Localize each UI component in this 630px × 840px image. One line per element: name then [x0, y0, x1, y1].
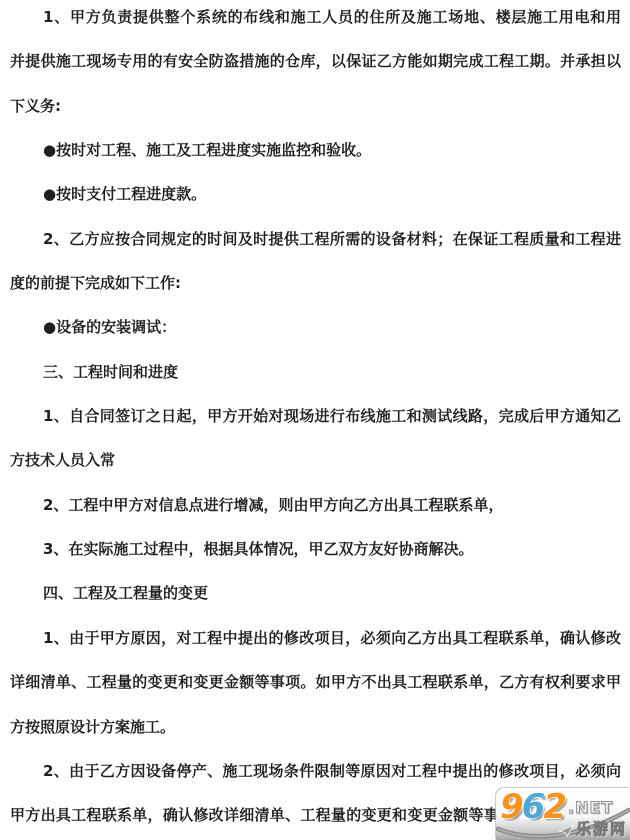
- bullet-item: ●按时对工程、施工及工程进度实施监控和验收。: [0, 128, 630, 172]
- paragraph-line: 2、由于乙方因设备停产、施工现场条件限制等原因对工程中提出的修改项目，必须向: [0, 749, 630, 793]
- document-page: { "document": { "lines": [ "1、甲方负责提供整个系统…: [0, 0, 630, 840]
- paragraph-line: 1、由于甲方原因，对工程中提出的修改项目，必须向乙方出具工程联系单，确认修改: [0, 616, 630, 660]
- site-name-row: 乐游网: [559, 822, 627, 839]
- section-heading: 四、工程及工程量的变更: [0, 571, 630, 615]
- brand-tld: .NET: [568, 800, 613, 816]
- paragraph-line: 方技术人员入常: [0, 438, 630, 482]
- paragraph-line: 2、乙方应按合同规定的时间及时提供工程所需的设备材料；在保证工程质量和工程进: [0, 217, 630, 261]
- watermark-logo: 9 6 2 .NET 乐游网: [496, 788, 630, 840]
- paragraph-line: 并提供施工现场专用的有安全防盗措施的仓库，以保证乙方能如期完成工程工期。并承担以: [0, 39, 630, 83]
- paragraph-line: 度的前提下完成如下工作:: [0, 261, 630, 305]
- bullet-item: ●设备的安装调试：: [0, 305, 630, 349]
- section-heading: 三、工程时间和进度: [0, 350, 630, 394]
- brand-digit: 6: [522, 788, 544, 826]
- paragraph-line: 下义务:: [0, 84, 630, 128]
- brand-digit: 2: [543, 788, 565, 826]
- bullet-item: ●按时支付工程进度款。: [0, 172, 630, 216]
- paragraph-line: 3、在实际施工过程中，根据具体情况，甲乙双方友好协商解决。: [0, 527, 630, 571]
- brand-digit: 9: [500, 788, 522, 826]
- site-name: 乐游网: [576, 822, 627, 839]
- paragraph-line: 1、甲方负责提供整个系统的布线和施工人员的住所及施工场地、楼层施工用电和用水；: [0, 0, 630, 39]
- paper-plane-icon: [559, 825, 574, 837]
- paragraph-line: 详细清单、工程量的变更和变更金额等事项。如甲方不出具工程联系单，乙方有权利要求甲: [0, 660, 630, 704]
- paragraph-line: 1、自合同签订之日起，甲方开始对现场进行布线施工和测试线路，完成后甲方通知乙: [0, 394, 630, 438]
- contract-text: 1、甲方负责提供整个系统的布线和施工人员的住所及施工场地、楼层施工用电和用水； …: [0, 0, 630, 838]
- paragraph-line: 2、工程中甲方对信息点进行增减，则由甲方向乙方出具工程联系单，: [0, 483, 630, 527]
- paragraph-line: 方按照原设计方案施工。: [0, 705, 630, 749]
- brand-wordmark: 9 6 2 .NET: [500, 788, 613, 826]
